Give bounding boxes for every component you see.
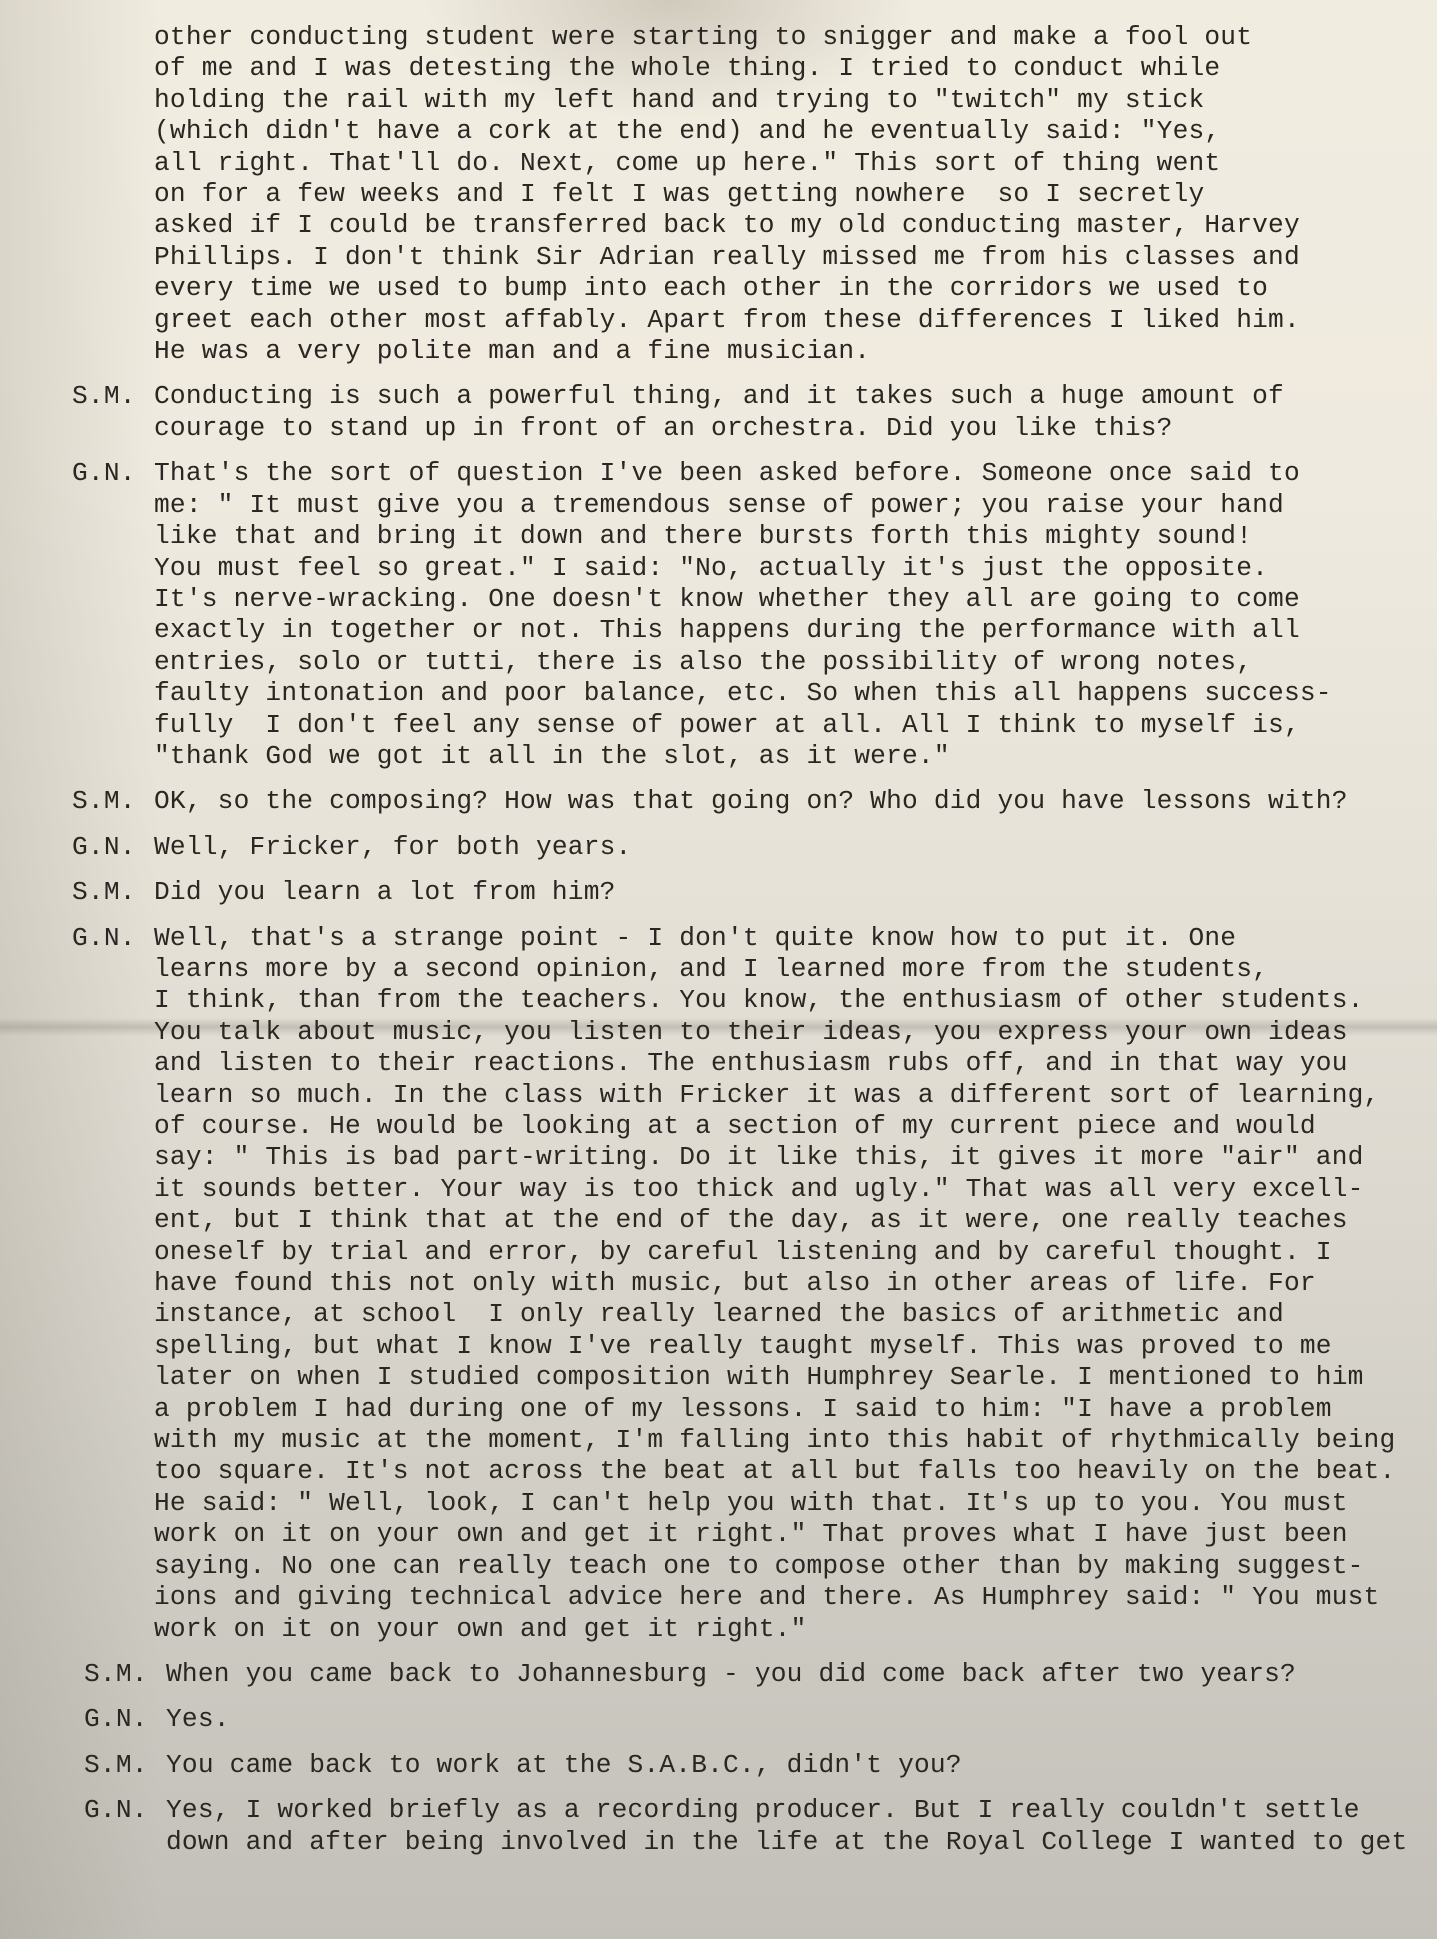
text-line: work on it on your own and get it right.… [154, 1519, 1395, 1550]
text-line: "thank God we got it all in the slot, as… [154, 741, 1332, 772]
text-line: entries, solo or tutti, there is also th… [154, 647, 1332, 678]
text-line: other conducting student were starting t… [154, 22, 1437, 53]
text-line: You came back to work at the S.A.B.C., d… [166, 1750, 962, 1781]
text-line: a problem I had during one of my lessons… [154, 1394, 1395, 1425]
text-line: It's nerve-wracking. One doesn't know wh… [154, 584, 1332, 615]
text-line: (which didn't have a cork at the end) an… [154, 116, 1437, 147]
entry-text: When you came back to Johannesburg - you… [166, 1659, 1296, 1690]
text-line: fully I don't feel any sense of power at… [154, 710, 1332, 741]
text-line: spelling, but what I know I've really ta… [154, 1331, 1395, 1362]
text-line: saying. No one can really teach one to c… [154, 1551, 1395, 1582]
entry-text: OK, so the composing? How was that going… [154, 786, 1348, 817]
dialogue-entry: G.N.Yes, I worked briefly as a recording… [84, 1795, 1437, 1858]
speaker-label: G.N. [84, 1704, 166, 1735]
typewritten-page: other conducting student were starting t… [72, 22, 1437, 1858]
text-line: down and after being involved in the lif… [166, 1827, 1407, 1858]
entry-text: Well, Fricker, for both years. [154, 832, 631, 863]
text-line: me: " It must give you a tremendous sens… [154, 490, 1332, 521]
text-line: learn so much. In the class with Fricker… [154, 1080, 1395, 1111]
text-line: too square. It's not across the beat at … [154, 1456, 1395, 1487]
speaker-label: S.M. [84, 1750, 166, 1781]
dialogue-entry: S.M.When you came back to Johannesburg -… [84, 1659, 1437, 1690]
entry-text: That's the sort of question I've been as… [154, 458, 1332, 772]
text-line: on for a few weeks and I felt I was gett… [154, 179, 1437, 210]
dialogue-entry: S.M.You came back to work at the S.A.B.C… [84, 1750, 1437, 1781]
speaker-label: S.M. [72, 381, 154, 444]
text-line: Phillips. I don't think Sir Adrian reall… [154, 242, 1437, 273]
dialogue-entry: G.N.Well, Fricker, for both years. [72, 832, 1437, 863]
text-line: asked if I could be transferred back to … [154, 210, 1437, 241]
text-line: instance, at school I only really learne… [154, 1299, 1395, 1330]
text-line: He was a very polite man and a fine musi… [154, 336, 1437, 367]
text-line: every time we used to bump into each oth… [154, 273, 1437, 304]
text-line: work on it on your own and get it right.… [154, 1614, 1395, 1645]
dialogue-entries-lower: S.M.When you came back to Johannesburg -… [72, 1659, 1437, 1858]
text-line: Conducting is such a powerful thing, and… [154, 381, 1284, 412]
entry-text: Well, that's a strange point - I don't q… [154, 923, 1395, 1645]
text-line: say: " This is bad part-writing. Do it l… [154, 1142, 1395, 1173]
text-line: He said: " Well, look, I can't help you … [154, 1488, 1395, 1519]
text-line: like that and bring it down and there bu… [154, 521, 1332, 552]
text-line: later on when I studied composition with… [154, 1362, 1395, 1393]
text-line: Well, that's a strange point - I don't q… [154, 923, 1395, 954]
speaker-label: S.M. [84, 1659, 166, 1690]
dialogue-entry: G.N.Well, that's a strange point - I don… [72, 923, 1437, 1645]
entry-text: Did you learn a lot from him? [154, 877, 616, 908]
text-line: ions and giving technical advice here an… [154, 1582, 1395, 1613]
text-line: You must feel so great." I said: "No, ac… [154, 553, 1332, 584]
dialogue-entry: S.M.Did you learn a lot from him? [72, 877, 1437, 908]
entry-text: Yes. [166, 1704, 230, 1735]
text-line: with my music at the moment, I'm falling… [154, 1425, 1395, 1456]
dialogue-entry: G.N.Yes. [84, 1704, 1437, 1735]
speaker-label: S.M. [72, 786, 154, 817]
text-line: of course. He would be looking at a sect… [154, 1111, 1395, 1142]
text-line: That's the sort of question I've been as… [154, 458, 1332, 489]
text-line: Yes, I worked briefly as a recording pro… [166, 1795, 1407, 1826]
text-line: You talk about music, you listen to thei… [154, 1017, 1395, 1048]
entry-text: You came back to work at the S.A.B.C., d… [166, 1750, 962, 1781]
text-line: of me and I was detesting the whole thin… [154, 53, 1437, 84]
text-line: faulty intonation and poor balance, etc.… [154, 678, 1332, 709]
text-line: all right. That'll do. Next, come up her… [154, 148, 1437, 179]
text-line: When you came back to Johannesburg - you… [166, 1659, 1296, 1690]
text-line: Yes. [166, 1704, 230, 1735]
dialogue-entries: S.M.Conducting is such a powerful thing,… [72, 381, 1437, 1644]
text-line: greet each other most affably. Apart fro… [154, 305, 1437, 336]
entry-text: Conducting is such a powerful thing, and… [154, 381, 1284, 444]
text-line: and listen to their reactions. The enthu… [154, 1048, 1395, 1079]
text-line: I think, than from the teachers. You kno… [154, 985, 1395, 1016]
text-line: exactly in together or not. This happens… [154, 615, 1332, 646]
text-line: learns more by a second opinion, and I l… [154, 954, 1395, 985]
speaker-label: G.N. [72, 923, 154, 1645]
text-line: holding the rail with my left hand and t… [154, 85, 1437, 116]
text-line: oneself by trial and error, by careful l… [154, 1237, 1395, 1268]
dialogue-entry: G.N.That's the sort of question I've bee… [72, 458, 1437, 772]
text-line: ent, but I think that at the end of the … [154, 1205, 1395, 1236]
text-line: Well, Fricker, for both years. [154, 832, 631, 863]
text-line: Did you learn a lot from him? [154, 877, 616, 908]
text-line: have found this not only with music, but… [154, 1268, 1395, 1299]
speaker-label: S.M. [72, 877, 154, 908]
dialogue-entry: S.M.Conducting is such a powerful thing,… [72, 381, 1437, 444]
speaker-label: G.N. [72, 458, 154, 772]
speaker-label: G.N. [84, 1795, 166, 1858]
entry-text: Yes, I worked briefly as a recording pro… [166, 1795, 1407, 1858]
text-line: OK, so the composing? How was that going… [154, 786, 1348, 817]
opening-paragraph: other conducting student were starting t… [154, 22, 1437, 367]
speaker-label: G.N. [72, 832, 154, 863]
text-line: courage to stand up in front of an orche… [154, 413, 1284, 444]
dialogue-entry: S.M.OK, so the composing? How was that g… [72, 786, 1437, 817]
text-line: it sounds better. Your way is too thick … [154, 1174, 1395, 1205]
